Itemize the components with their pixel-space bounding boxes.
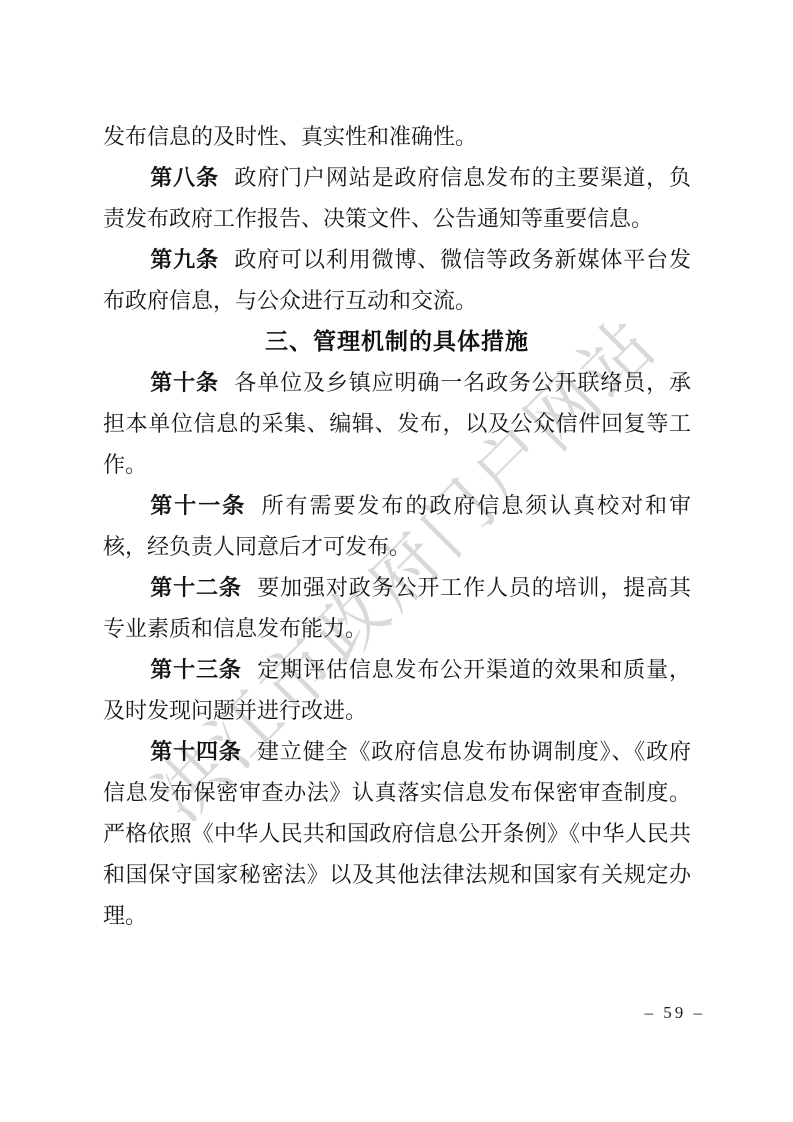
article-11: 第十一条所有需要发布的政府信息须认真校对和审核，经负责人同意后才可发布。 [103, 485, 691, 567]
article-9-label: 第九条 [150, 247, 219, 272]
article-8-label: 第八条 [150, 165, 219, 190]
article-13-label: 第十三条 [150, 657, 242, 682]
article-14-text: 建立健全《政府信息发布协调制度》、《政府信息发布保密审查办法》认真落实信息发布保… [103, 739, 691, 928]
document-page: 洪江市政府门户网站 发布信息的及时性、真实性和准确性。 第八条政府门户网站是政府… [0, 0, 793, 1122]
section-heading: 三、管理机制的具体措施 [103, 321, 691, 362]
article-10-label: 第十条 [150, 370, 219, 395]
article-9: 第九条政府可以利用微博、微信等政务新媒体平台发布政府信息，与公众进行互动和交流。 [103, 239, 691, 321]
article-12: 第十二条要加强对政务公开工作人员的培训，提高其专业素质和信息发布能力。 [103, 567, 691, 649]
article-11-label: 第十一条 [150, 493, 246, 518]
paragraph-continuation: 发布信息的及时性、真实性和准确性。 [103, 116, 691, 157]
document-content: 发布信息的及时性、真实性和准确性。 第八条政府门户网站是政府信息发布的主要渠道，… [103, 116, 691, 936]
article-13: 第十三条定期评估信息发布公开渠道的效果和质量，及时发现问题并进行改进。 [103, 649, 691, 731]
page-number: – 59 – [645, 1003, 706, 1023]
article-14: 第十四条建立健全《政府信息发布协调制度》、《政府信息发布保密审查办法》认真落实信… [103, 731, 691, 936]
article-10: 第十条各单位及乡镇应明确一名政务公开联络员，承担本单位信息的采集、编辑、发布，以… [103, 362, 691, 485]
article-8: 第八条政府门户网站是政府信息发布的主要渠道，负责发布政府工作报告、决策文件、公告… [103, 157, 691, 239]
article-12-label: 第十二条 [150, 575, 242, 600]
article-14-label: 第十四条 [150, 739, 241, 764]
